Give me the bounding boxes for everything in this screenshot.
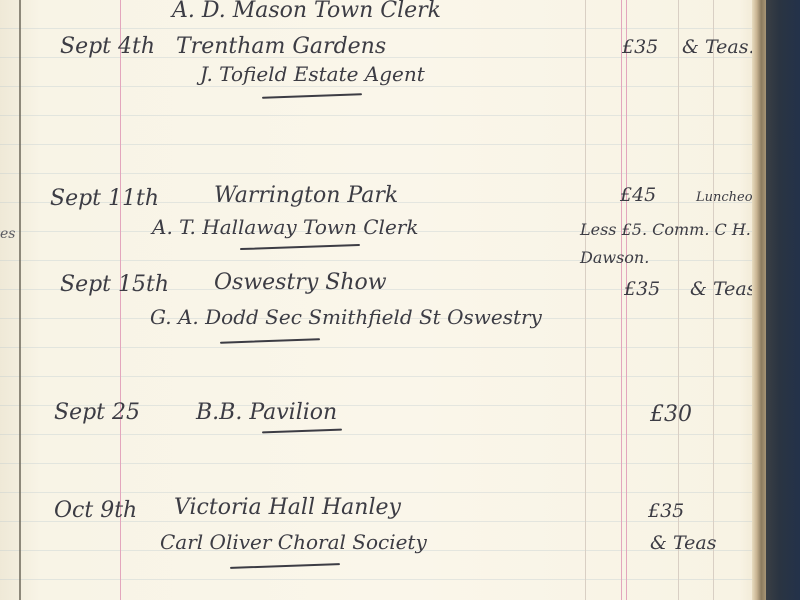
- ruled-line: [0, 434, 765, 435]
- entry-fee: £35: [624, 278, 660, 300]
- entry-contact: J. Tofield Estate Agent: [200, 62, 425, 86]
- entry-fee: £45: [620, 184, 656, 206]
- entry-fee: £35: [648, 500, 684, 522]
- entry-fee: £35: [622, 36, 658, 58]
- book-cover: [766, 0, 800, 600]
- signature-underline: [262, 93, 362, 98]
- margin-note: es: [0, 226, 15, 242]
- ruled-line: [0, 173, 765, 174]
- entry-date: Oct 9th: [54, 498, 137, 523]
- entry-venue: A. D. Mason Town Clerk: [172, 0, 441, 23]
- entry-fee-note: & Teas: [690, 278, 756, 300]
- page-edges: [752, 0, 766, 600]
- ruled-line: [0, 492, 765, 493]
- signature-underline: [262, 429, 342, 434]
- signature-underline: [230, 563, 340, 569]
- entry-date: Sept 25: [54, 400, 140, 425]
- ruled-line: [0, 86, 765, 87]
- signature-underline: [240, 244, 360, 250]
- entry-contact: Carl Oliver Choral Society: [160, 530, 427, 554]
- signature-underline: [220, 338, 320, 343]
- entry-date: Sept 11th: [50, 186, 159, 211]
- fee-column-rule: [621, 0, 622, 600]
- ruled-line: [0, 144, 765, 145]
- entry-fee-note: & Teas.: [682, 36, 755, 58]
- ruled-line: [0, 376, 765, 377]
- ledger-page: es A. D. Mason Town Clerk Sept 4th Trent…: [0, 0, 765, 600]
- ruled-line: [0, 115, 765, 116]
- ruled-line: [0, 463, 765, 464]
- ruled-line: [0, 347, 765, 348]
- entry-contact: G. A. Dodd Sec Smithfield St Oswestry: [150, 305, 542, 329]
- entry-venue: B.B. Pavilion: [196, 400, 337, 425]
- entry-venue: Trentham Gardens: [176, 34, 386, 59]
- page-fold-line: [19, 0, 21, 600]
- entry-fee-note: Less £5. Comm. C H. Dawson.: [580, 216, 760, 272]
- entry-date: Sept 15th: [60, 272, 169, 297]
- ruled-line: [0, 28, 765, 29]
- entry-venue: Victoria Hall Hanley: [174, 495, 401, 520]
- entry-date: Sept 4th: [60, 34, 155, 59]
- entry-venue: Oswestry Show: [214, 270, 387, 295]
- entry-venue: Warrington Park: [214, 183, 398, 208]
- entry-fee-note: & Teas: [650, 532, 716, 554]
- ruled-line: [0, 579, 765, 580]
- entry-contact: A. T. Hallaway Town Clerk: [152, 215, 418, 239]
- column-rule: [585, 0, 586, 600]
- column-rule: [713, 0, 714, 600]
- fee-column-rule: [626, 0, 627, 600]
- entry-fee: £30: [650, 402, 692, 427]
